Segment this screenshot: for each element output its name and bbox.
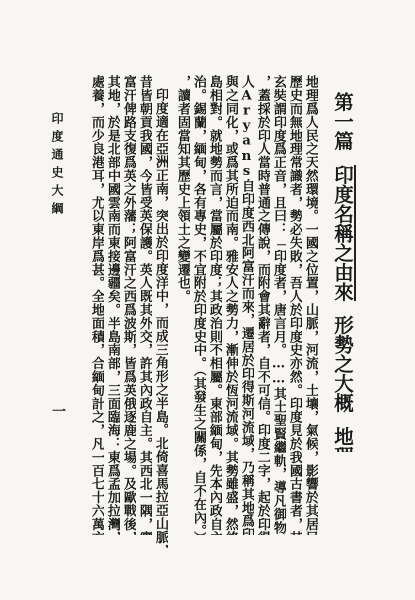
- text-column: 富汗俾路支復爲英之外藩；阿富汗之西爲波斯，皆爲英俄逐鹿之場。及歐戰後，英之勢力大…: [120, 75, 136, 535]
- text-column: 歷史而無地理常識者，勢必失敗，吾人於印度史亦然。印度見於我國古書者，其名稱凡三，…: [286, 75, 302, 535]
- text-column: 地理爲人民之天然環境。一國之位置，山脈，河流，土壤，氣候，影響於其居民之衣，食，…: [302, 75, 318, 535]
- text-column: 玄奘謂印度爲正音，且曰：「印度者，唐言月。……其土聖賢繼軌，導凡御物，如月照臨，…: [270, 75, 286, 535]
- section-title-1: 印度名稱之由來: [331, 165, 356, 302]
- section-title-2: 形勢之大概: [331, 315, 354, 413]
- text-column: 昔皆朝貢我國，今皆受英保護。英人既其外交，許其內政自主。其西北一隅，實近帕米爾高…: [136, 75, 152, 535]
- text-column: ，讀者固當知其歷史上領土之變遷也。: [174, 75, 190, 535]
- running-title: 印度通史大綱: [50, 112, 64, 220]
- chapter-number: 第一篇: [331, 92, 354, 151]
- text-column: 島相對。就地勢而言，當屬於印度；其政治則不相屬。東部緬甸，先本內政自主之小國，後…: [206, 75, 222, 535]
- text-column: 治。錫蘭，緬甸，各有專史，不宜附於印度史中。（其發生之關係，自不在內。）印度今指…: [190, 75, 206, 535]
- chapter-heading: 第一篇印度名稱之由來形勢之大概地理之影響: [328, 92, 356, 452]
- text-column: 其地，於是北部中國雲南而東接邊疆矣。半島南部，三面臨海：東爲孟加拉灣，西爲阿剌伯…: [104, 75, 120, 535]
- text-column: 與之同化，或爲其所迫而南。雅安人之勢力，漸伸於恆河流域。其勢雖盛，然終未能統一印…: [222, 75, 238, 535]
- text-column-paragraph-start: 印度適在亞洲正南，突出於印度洋中，而成三角形之半島。北倚喜馬拉亞山脈，與我國西藏…: [152, 88, 168, 548]
- document-page: 第一篇印度名稱之由來形勢之大概地理之影響 地理爲人民之天然環境。一國之位置，山脈…: [0, 0, 415, 600]
- section-title-3: 地理之影響: [331, 427, 354, 453]
- text-column: 人Aryans自印度西北阿富汗而來，遷居於印得斯河流域，乃稱其地爲印度。其後生殖…: [238, 75, 254, 535]
- text-column: 處養，而少良港耳，尤以東岸爲甚。全地面積，合緬甸計之，凡一百七十六萬方英里，大於…: [88, 75, 104, 535]
- page-number: 一: [48, 404, 68, 418]
- text-column: ，蓋採於印人當時普通之傳說，而附會其辭者，自不可信。印度二字，起於印得斯河（或作…: [254, 75, 270, 535]
